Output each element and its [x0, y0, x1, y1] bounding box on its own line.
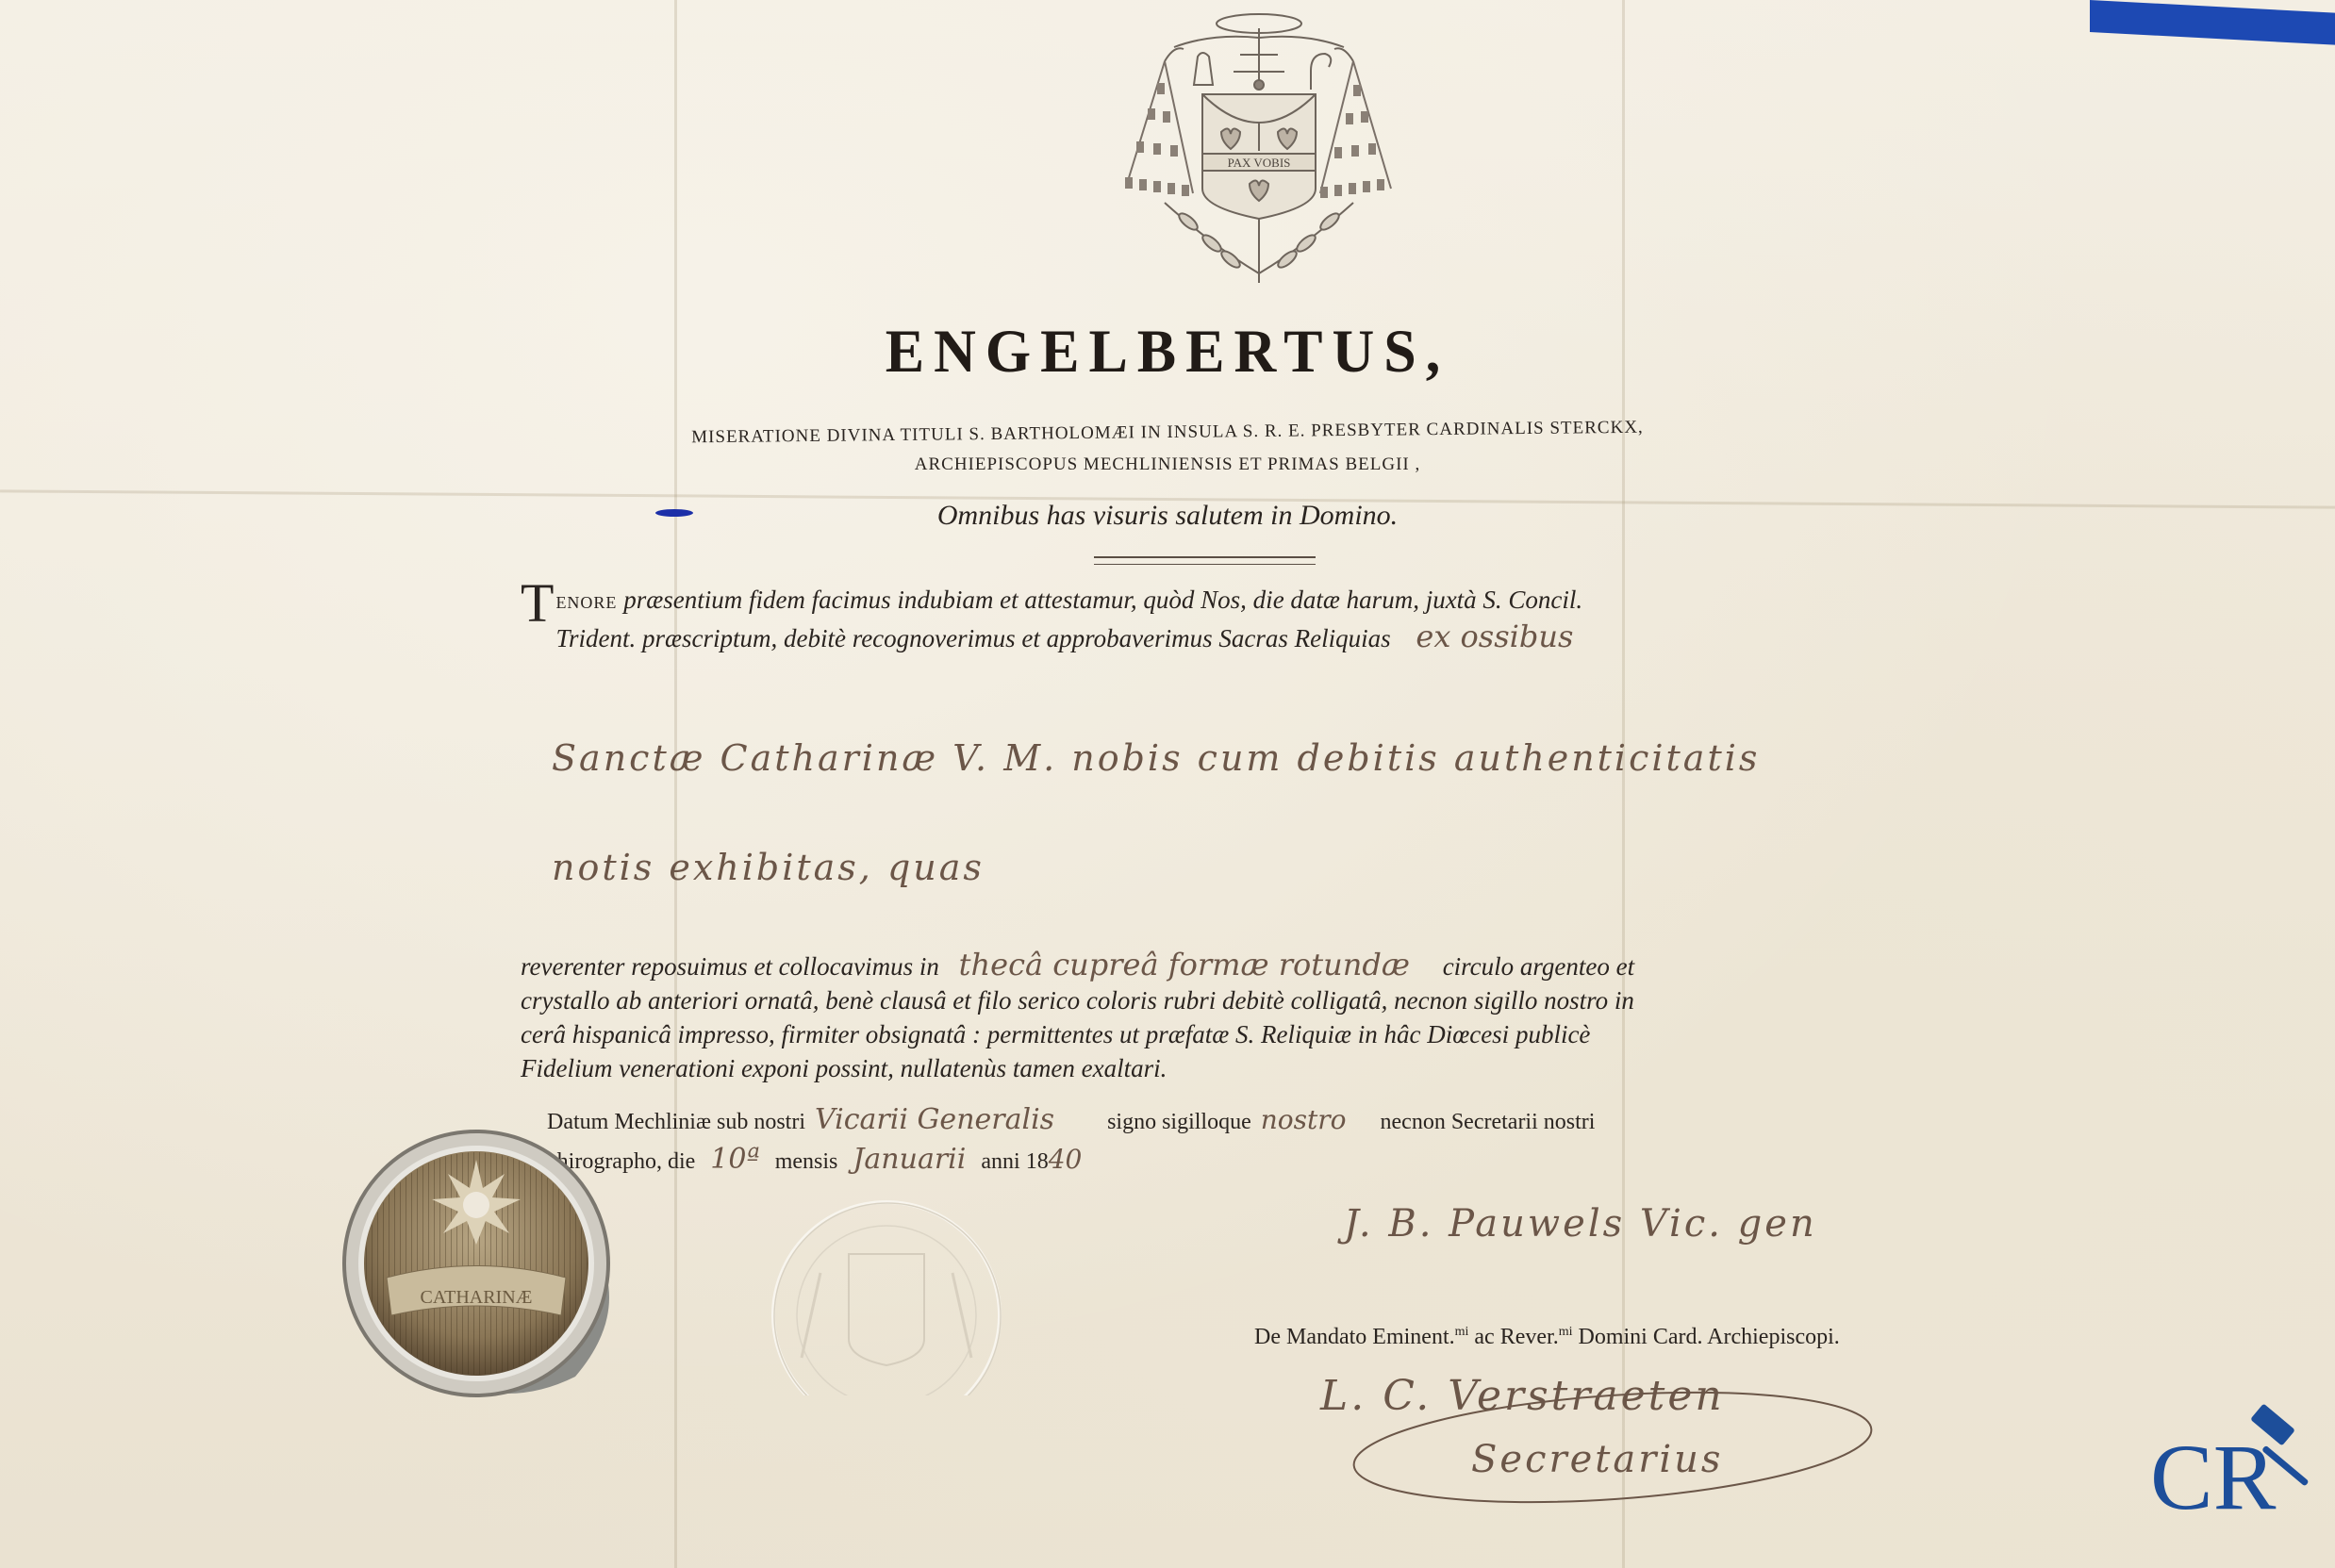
print-text: anni 18: [981, 1149, 1048, 1174]
handwritten-year: 40: [1049, 1144, 1083, 1175]
body-line: crystallo ab anteriori ornatâ, benè clau…: [521, 986, 1634, 1015]
print-text: De Mandato Eminent.: [1254, 1325, 1455, 1349]
svg-text:PAX VOBIS: PAX VOBIS: [1228, 156, 1291, 170]
superscript: mi: [1559, 1325, 1573, 1339]
handwritten-day: 10ª: [710, 1143, 759, 1176]
handwritten-line: notis exhibitas, quas: [552, 847, 985, 888]
dating-clause: Datum Mechliniæ sub nostri Vicarii Gener…: [547, 1101, 1990, 1180]
print-text: ac Rever.: [1468, 1325, 1558, 1349]
body-paragraph-1: T ENORE præsentium fidem facimus indubia…: [521, 583, 1963, 655]
handwritten-month: Januarii: [853, 1143, 966, 1176]
handwritten-text: ex ossibus: [1416, 619, 1573, 654]
handwritten-text: Vicarii Generalis: [815, 1103, 1054, 1136]
auction-house-logo: CR: [2141, 1386, 2329, 1556]
print-text: mensis: [775, 1149, 838, 1174]
print-text: necnon Secretarii nostri: [1381, 1110, 1596, 1134]
svg-text:CR: CR: [2150, 1425, 2277, 1529]
document-title: ENGELBERTUS,: [0, 317, 2335, 388]
body-paragraph-2: reverenter reposuimus et collocavimus in…: [521, 948, 1963, 1085]
body-line: cerâ hispanicâ impresso, firmiter obsign…: [521, 1020, 1590, 1048]
svg-text:CATHARINÆ: CATHARINÆ: [421, 1287, 533, 1308]
body-line: Trident. præscriptum, debitè recognoveri…: [555, 624, 1390, 652]
body-line: præsentium fidem facimus indubiam et att…: [623, 586, 1582, 614]
body-line: Fidelium venerationi exponi possint, nul…: [521, 1054, 1167, 1082]
salutation: Omnibus has visuris salutem in Domino.: [0, 500, 2335, 532]
superscript: mi: [1455, 1325, 1469, 1339]
vicar-signature: J. B. Pauwels Vic. gen: [1344, 1202, 1817, 1246]
body-line: circulo argenteo et: [1443, 952, 1634, 981]
drop-cap: T: [521, 585, 554, 622]
print-text: Domini Card. Archiepiscopi.: [1572, 1325, 1839, 1349]
fold-line: [674, 0, 677, 1568]
subtitle-line-2: ARCHIEPISCOPUS MECHLINIENSIS ET PRIMAS B…: [0, 454, 2335, 475]
reliquary-icon: CATHARINÆ: [321, 1122, 641, 1405]
handwritten-text: thecâ cupreâ formæ rotundæ: [959, 947, 1410, 982]
signature-flourish-icon: [1339, 1367, 1905, 1518]
embossed-seal-icon: [754, 1197, 1018, 1395]
body-line: reverenter reposuimus et collocavimus in: [521, 952, 939, 981]
mandate-line: De Mandato Eminent.mi ac Rever.mi Domini…: [1254, 1325, 1840, 1350]
decorative-rule: [1094, 556, 1316, 565]
print-text: signo sigilloque: [1107, 1110, 1251, 1134]
coat-of-arms-icon: PAX VOBIS: [1108, 0, 1410, 292]
handwritten-line: Sanctæ Catharinæ V. M. nobis cum debitis…: [552, 737, 1760, 779]
handwritten-text: nostro: [1261, 1104, 1347, 1135]
small-caps: ENORE: [555, 593, 617, 612]
